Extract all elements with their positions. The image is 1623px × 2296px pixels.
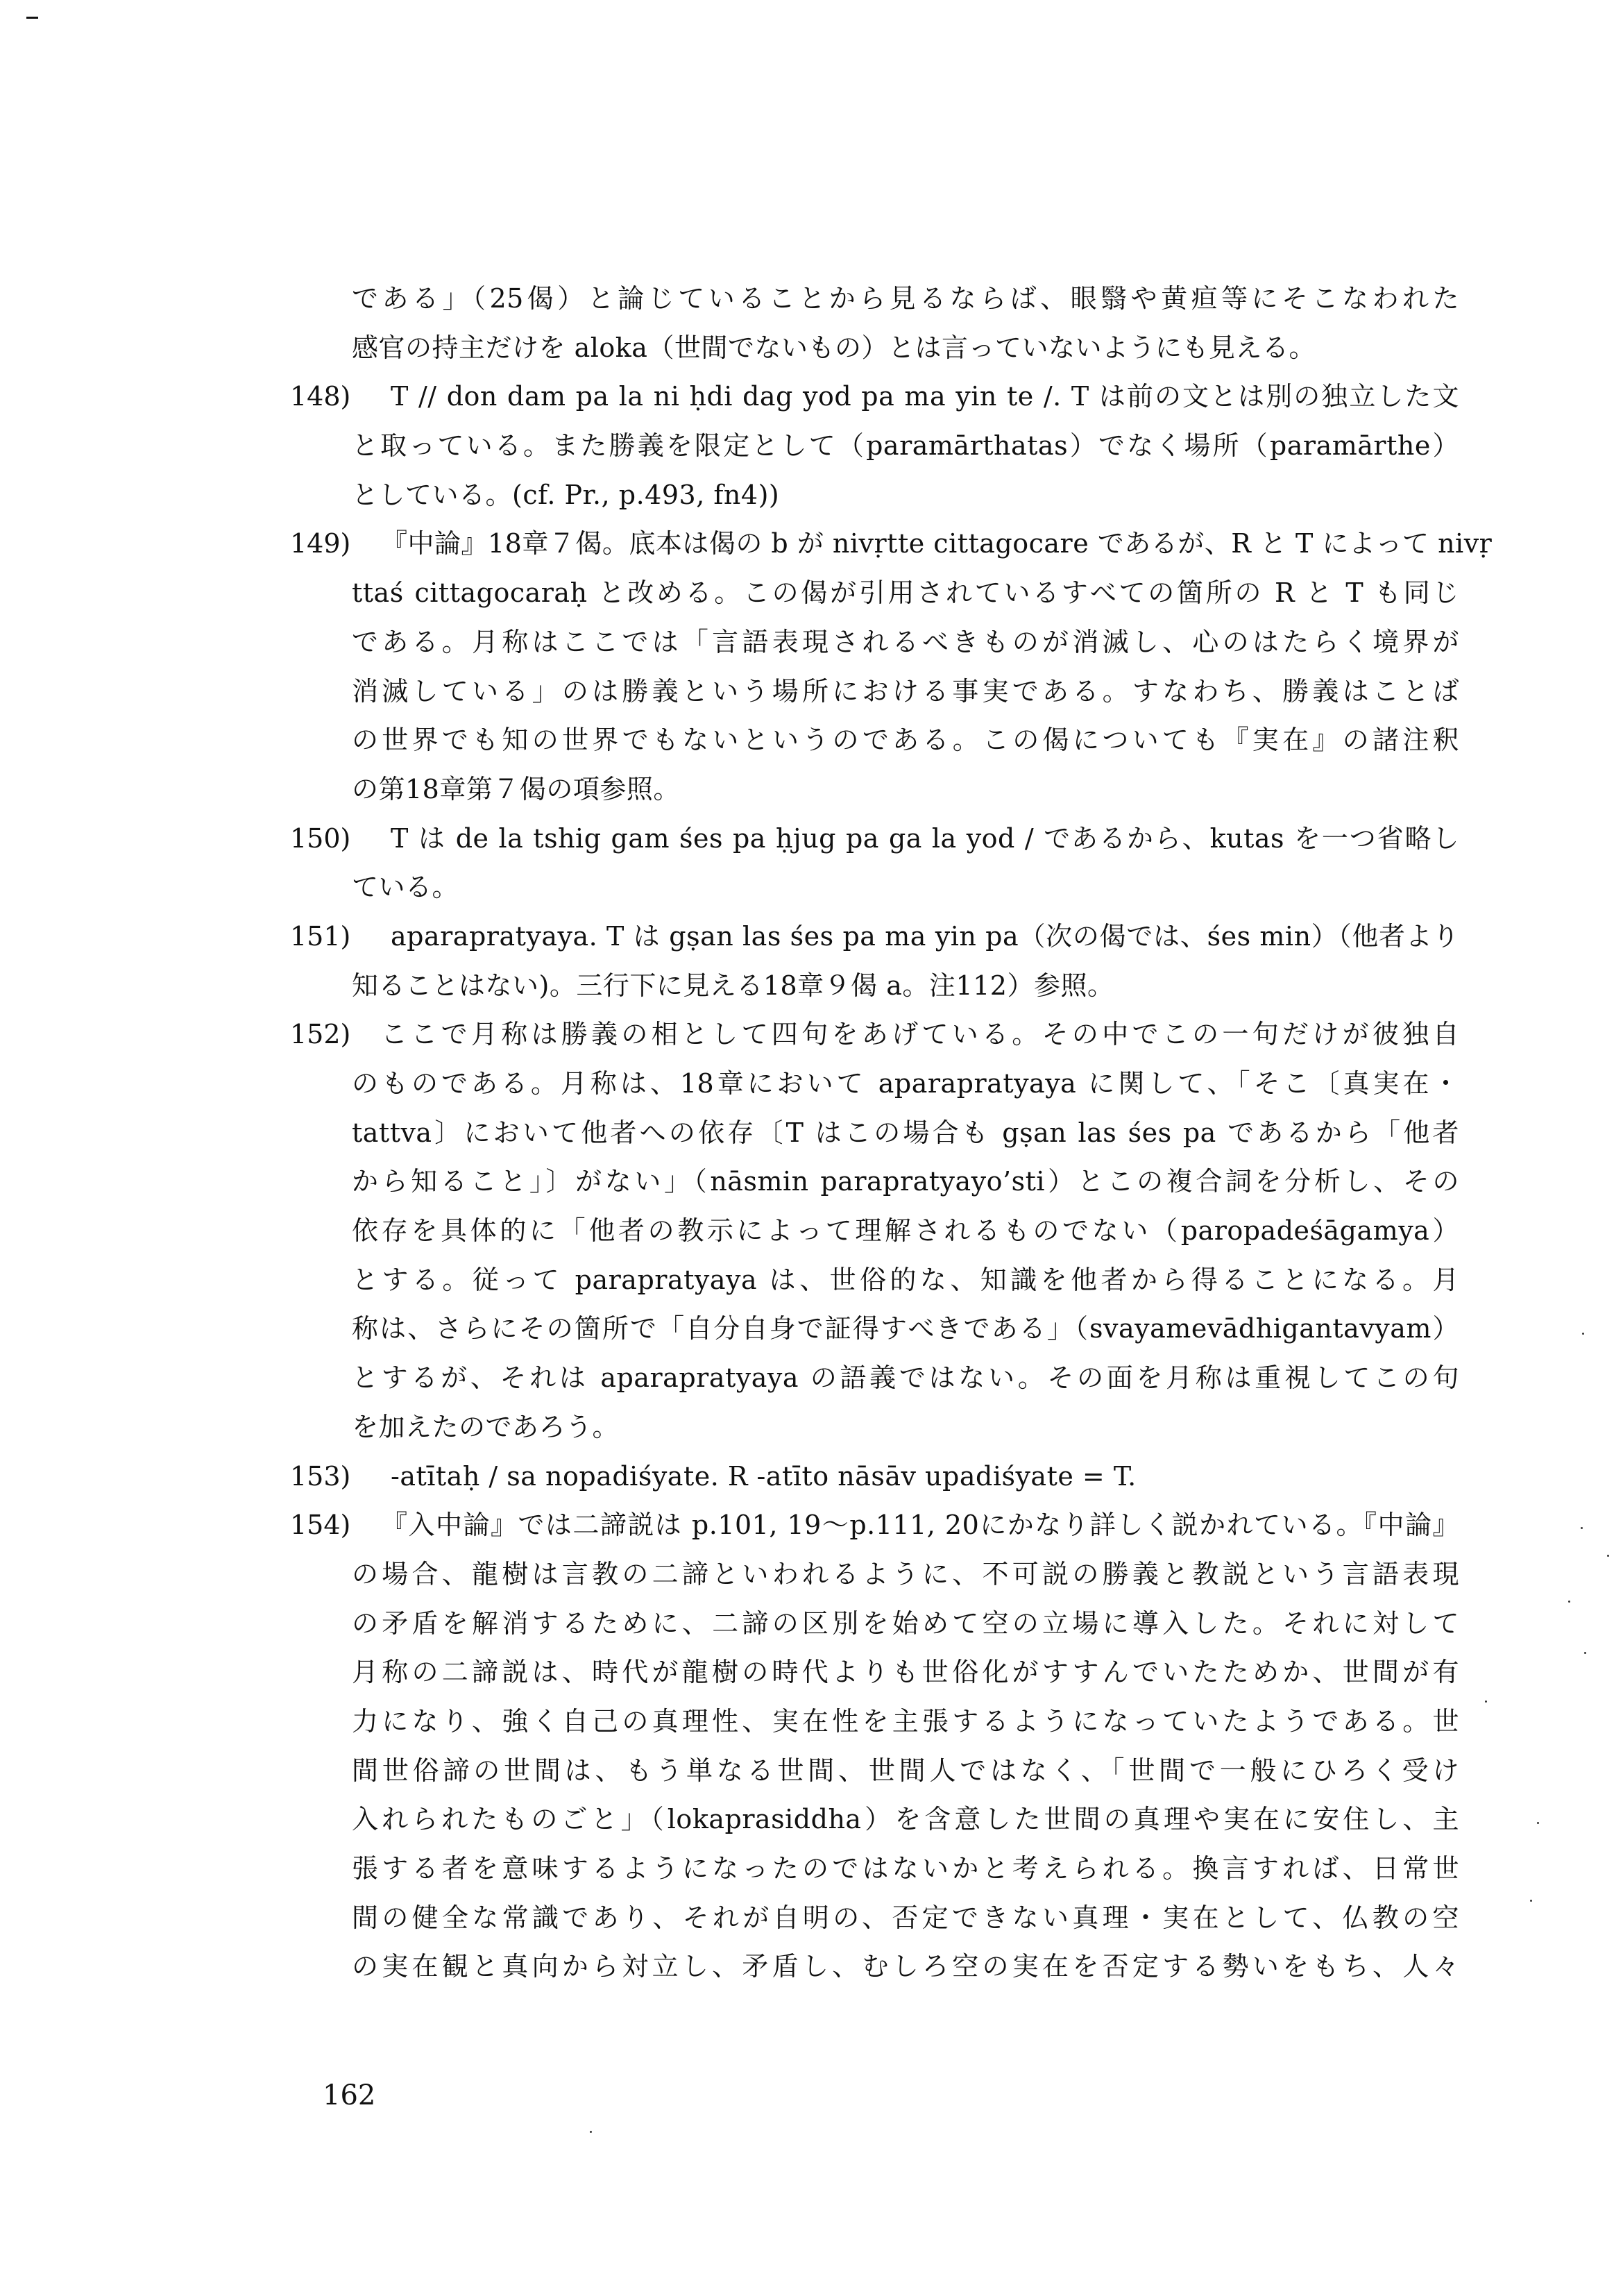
text-line: 『中論』18章７偈。底本は偈の b が nivṛtte cittagocare … [381, 519, 1459, 568]
footnote-150: 150) T は de la tshig gam śes pa ḥjug pa … [290, 814, 1459, 912]
scan-speck [1537, 1822, 1539, 1824]
footnote-number: 151) [290, 912, 350, 961]
text-line: 間の健全な常識であり、それが自明の、否定できない真理・実在として、仏教の空 [352, 1893, 1459, 1943]
text-line: の場合、龍樹は言教の二諦といわれるように、不可説の勝義と教説という言語表現 [352, 1550, 1459, 1599]
carryover-paragraph: である」（25偈）と論じていることから見るならば、眼翳や黄疸等にそこなわれた 感… [290, 274, 1459, 372]
text-line: である。月称はここでは「言語表現されるべきものが消滅し、心のはたらく境界が [352, 618, 1459, 667]
text-line: と取っている。また勝義を限定として（paramārthatas）でなく場所（pa… [352, 421, 1459, 471]
scan-speck [1582, 1333, 1584, 1335]
footnote-151: 151) aparapratyaya. T は gṣan las śes pa … [290, 912, 1459, 1010]
footnotes-section: である」（25偈）と論じていることから見るならば、眼翳や黄疸等にそこなわれた 感… [290, 274, 1459, 1991]
scan-speck [1568, 1601, 1570, 1603]
text-line: である」（25偈）と論じていることから見るならば、眼翳や黄疸等にそこなわれた [352, 274, 1459, 323]
text-line: 力になり、強く自己の真理性、実在性を主張するようになっていたようである。世 [352, 1697, 1459, 1746]
footnote-number: 148) [290, 372, 350, 421]
text-line: 『入中論』では二諦説は p.101, 19～p.111, 20にかなり詳しく説か… [381, 1501, 1459, 1550]
text-line: の世界でも知の世界でもないというのである。この偈についても『実在』の諸注釈 [352, 716, 1459, 765]
text-line: 張する者を意味するようになったのではないかと考えられる。換言すれば、日常世 [352, 1844, 1459, 1893]
scan-speck [1485, 1700, 1487, 1703]
text-line: のものである。月称は、18章において aparapratyaya に関して、「そ… [352, 1059, 1459, 1108]
text-line: とするが、それは aparapratyaya の語義ではない。その面を月称は重視… [352, 1353, 1459, 1403]
scan-speck [1581, 1527, 1583, 1529]
footnote-149: 149) 『中論』18章７偈。底本は偈の b が nivṛtte cittago… [290, 519, 1459, 813]
text-line: 入れられたものごと」（lokaprasiddha）を含意した世間の真理や実在に安… [352, 1795, 1459, 1844]
page-number: 162 [323, 2079, 375, 2112]
footnote-number: 153) [290, 1452, 350, 1501]
text-line: の矛盾を解消するために、二諦の区別を始めて空の立場に導入した。それに対して [352, 1599, 1459, 1648]
footnote-148: 148) T // don dam pa la ni ḥdi dag yod p… [290, 372, 1459, 519]
text-line: 知ることはない)。三行下に見える18章９偈 a。注112）参照。 [352, 961, 1459, 1011]
text-line: 依存を具体的に「他者の教示によって理解されるものでない（paropadeśāga… [352, 1206, 1459, 1256]
footnote-154: 154) 『入中論』では二諦説は p.101, 19～p.111, 20にかなり… [290, 1501, 1459, 1991]
text-line: の第18章第７偈の項参照。 [352, 765, 1459, 814]
scan-speck [1607, 1555, 1609, 1557]
text-line: とする。従って parapratyaya は、世俗的な、知識を他者から得ることに… [352, 1256, 1459, 1305]
scan-speck [1584, 1652, 1586, 1654]
footnote-153: 153) -atītaḥ / sa nopadiśyate. R -atīto … [290, 1452, 1459, 1501]
text-line: T // don dam pa la ni ḥdi dag yod pa ma … [391, 372, 1459, 421]
footnote-number: 154) [290, 1501, 350, 1550]
text-line: 感官の持主だけを aloka（世間でないもの）とは言っていないようにも見える。 [352, 323, 1459, 373]
text-line: から知ること」〕がない」（nāsmin parapratyayo’sti）とこの… [352, 1157, 1459, 1206]
scan-margin-mark [26, 17, 38, 19]
footnote-number: 150) [290, 814, 350, 863]
text-line: ここで月称は勝義の相として四句をあげている。その中でこの一句だけが彼独自 [381, 1010, 1459, 1059]
text-line: T は de la tshig gam śes pa ḥjug pa ga la… [391, 814, 1459, 863]
text-line: を加えたのであろう。 [352, 1403, 1459, 1452]
text-line: aparapratyaya. T は gṣan las śes pa ma yi… [391, 912, 1459, 961]
text-line: の実在観と真向から対立し、矛盾し、むしろ空の実在を否定する勢いをもち、人々 [352, 1942, 1459, 1991]
footnote-152: 152) ここで月称は勝義の相として四句をあげている。その中でこの一句だけが彼独… [290, 1010, 1459, 1451]
text-line: 間世俗諦の世間は、もう単なる世間、世間人ではなく、「世間で一般にひろく受け [352, 1746, 1459, 1796]
text-line: ttaś cittagocaraḥ と改める。この偈が引用されているすべての箇所… [352, 568, 1459, 618]
scan-speck [1530, 1900, 1532, 1902]
text-line: としている。(cf. Pr., p.493, fn4)) [352, 471, 1459, 520]
text-line: 称は、さらにその箇所で「自分自身で証得すべきである」（svayamevādhig… [352, 1304, 1459, 1353]
text-line: -atītaḥ / sa nopadiśyate. R -atīto nāsāv… [391, 1452, 1459, 1501]
text-line: 月称の二諦説は、時代が龍樹の時代よりも世俗化がすすんでいたためか、世間が有 [352, 1648, 1459, 1697]
footnote-number: 152) [290, 1010, 350, 1059]
text-line: 消滅している」のは勝義という場所における事実である。すなわち、勝義はことば [352, 667, 1459, 716]
text-line: ている。 [352, 863, 1459, 912]
scan-speck [590, 2131, 592, 2133]
text-line: tattva〕において他者への依存〔T はこの場合も gṣan las śes … [352, 1108, 1459, 1158]
footnote-number: 149) [290, 519, 350, 568]
